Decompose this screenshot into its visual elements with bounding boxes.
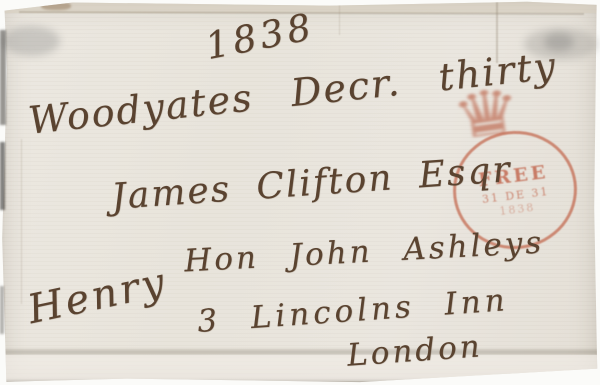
photo-edge-mark: [0, 30, 6, 125]
paper-crease: [21, 139, 22, 304]
envelope: ♛ FREE 31 DE 31 1838 1838 Woodyates Decr…: [1, 1, 599, 384]
edge-shadow: [1, 378, 599, 384]
photo-edge-mark: [0, 142, 5, 210]
year-inscription: 1838: [202, 5, 318, 68]
photo-edge-mark: [0, 286, 4, 334]
paper-crease: [339, 1, 340, 35]
scanner-smudge: [544, 33, 574, 51]
care-of-line: Hon John Ashleys: [183, 225, 545, 280]
paper-fold-shadow: [1, 350, 599, 354]
paper-stain: [41, 2, 71, 10]
scanner-smudge: [2, 26, 60, 56]
addressee-line: James Clifton Esqr: [110, 149, 513, 218]
photo-background: ♛ FREE 31 DE 31 1838 1838 Woodyates Decr…: [0, 0, 600, 385]
frank-signature: Henry: [24, 259, 172, 333]
postmark-year-text: 1838: [499, 200, 536, 217]
